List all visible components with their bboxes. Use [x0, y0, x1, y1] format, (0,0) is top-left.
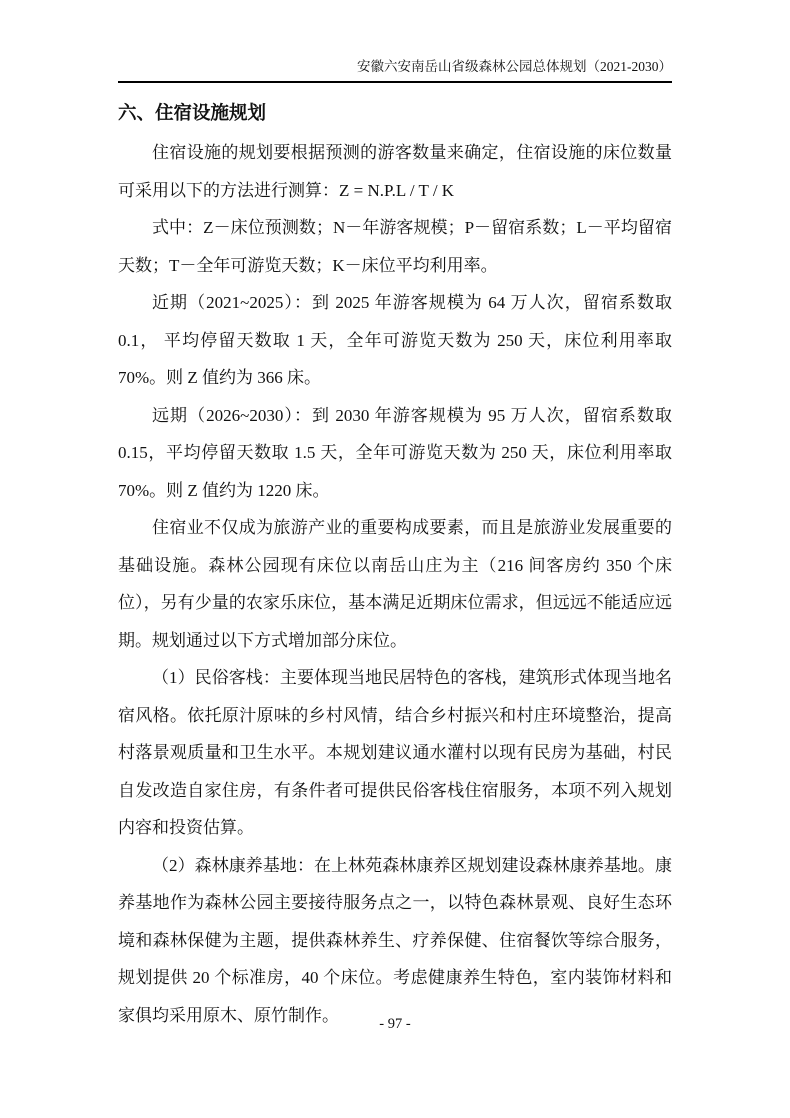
paragraph-wellness-base: （2）森林康养基地：在上林苑森林康养区规划建设森林康养基地。康养基地作为森林公园…	[118, 847, 672, 1035]
paragraph-formula-terms: 式中：Z－床位预测数；N－年游客规模；P－留宿系数；L－平均留宿天数；T－全年可…	[118, 209, 672, 284]
paragraph-near-term: 近期（2021~2025）：到 2025 年游客规模为 64 万人次，留宿系数取…	[118, 284, 672, 397]
document-page: 安徽六安南岳山省级森林公园总体规划（2021-2030） 六、住宿设施规划 住宿…	[0, 0, 790, 1118]
section-heading: 六、住宿设施规划	[118, 101, 672, 125]
page-header: 安徽六安南岳山省级森林公园总体规划（2021-2030）	[118, 58, 672, 83]
document-body: 住宿设施的规划要根据预测的游客数量来确定，住宿设施的床位数量可采用以下的方法进行…	[118, 134, 672, 1034]
page-footer: - 97 -	[0, 1016, 790, 1033]
page-number: - 97 -	[379, 1016, 410, 1032]
paragraph-formula-intro: 住宿设施的规划要根据预测的游客数量来确定，住宿设施的床位数量可采用以下的方法进行…	[118, 134, 672, 209]
paragraph-long-term: 远期（2026~2030）：到 2030 年游客规模为 95 万人次，留宿系数取…	[118, 397, 672, 510]
paragraph-current-beds: 住宿业不仅成为旅游产业的重要构成要素，而且是旅游业发展重要的基础设施。森林公园现…	[118, 509, 672, 659]
running-title: 安徽六安南岳山省级森林公园总体规划（2021-2030）	[357, 59, 672, 74]
paragraph-folk-inn: （1）民俗客栈：主要体现当地民居特色的客栈，建筑形式体现当地名宿风格。依托原汁原…	[118, 659, 672, 847]
